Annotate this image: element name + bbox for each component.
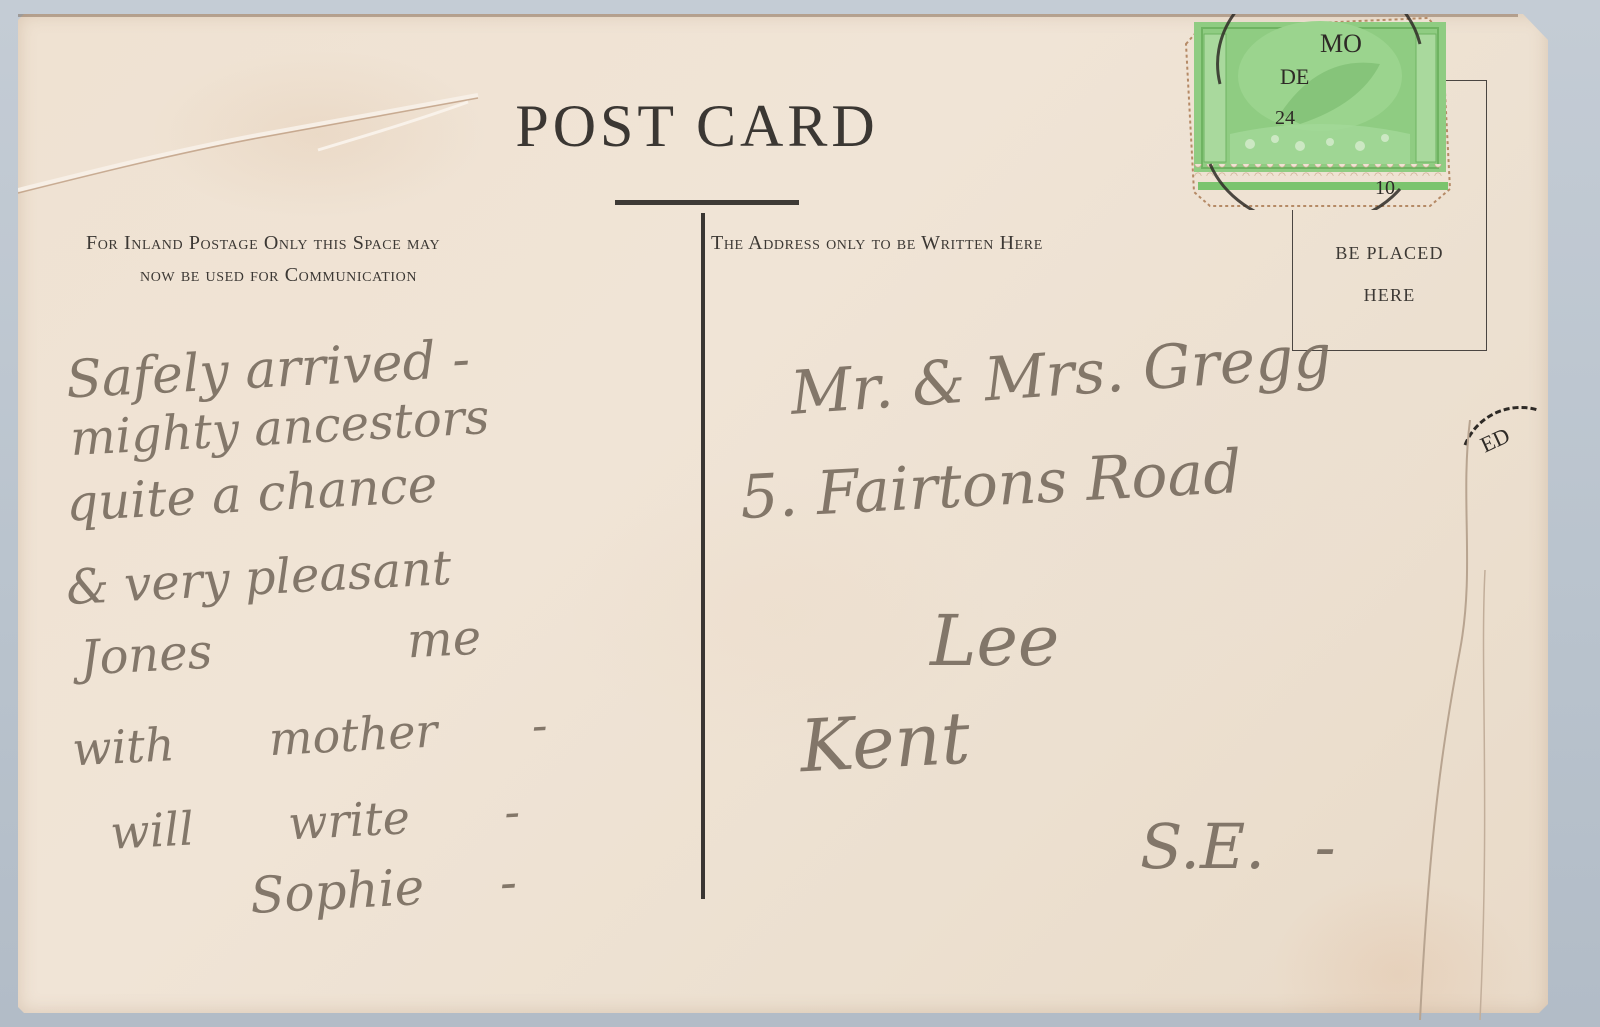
postcard-title: POST CARD: [477, 92, 917, 161]
svg-text:ED: ED: [1476, 422, 1513, 457]
postage-stamp-icon: MO DE 24 10: [1180, 14, 1460, 210]
title-underline: [615, 200, 799, 205]
address-instruction: The Address only to be Written Here: [711, 232, 1043, 255]
stamp-box-text-line2: HERE: [1292, 285, 1487, 306]
stamp-box-text-line1: BE PLACED: [1292, 243, 1487, 264]
address-line-town: Lee: [930, 600, 1059, 682]
partial-postmark-icon: ED: [1460, 395, 1540, 465]
stamp-box-border-right: [1486, 80, 1487, 351]
postmark-text-mo: MO: [1320, 29, 1362, 58]
message-instruction-line2: now be used for Communication: [140, 264, 417, 287]
center-divider: [701, 213, 705, 899]
message-instruction-line1: For Inland Postage Only this Space may: [86, 232, 440, 255]
address-line-county: Kent: [798, 696, 972, 789]
svg-text:10: 10: [1375, 177, 1395, 199]
address-line-district: S.E. -: [1140, 810, 1336, 883]
svg-text:DE: DE: [1280, 64, 1309, 89]
svg-text:24: 24: [1275, 107, 1295, 129]
